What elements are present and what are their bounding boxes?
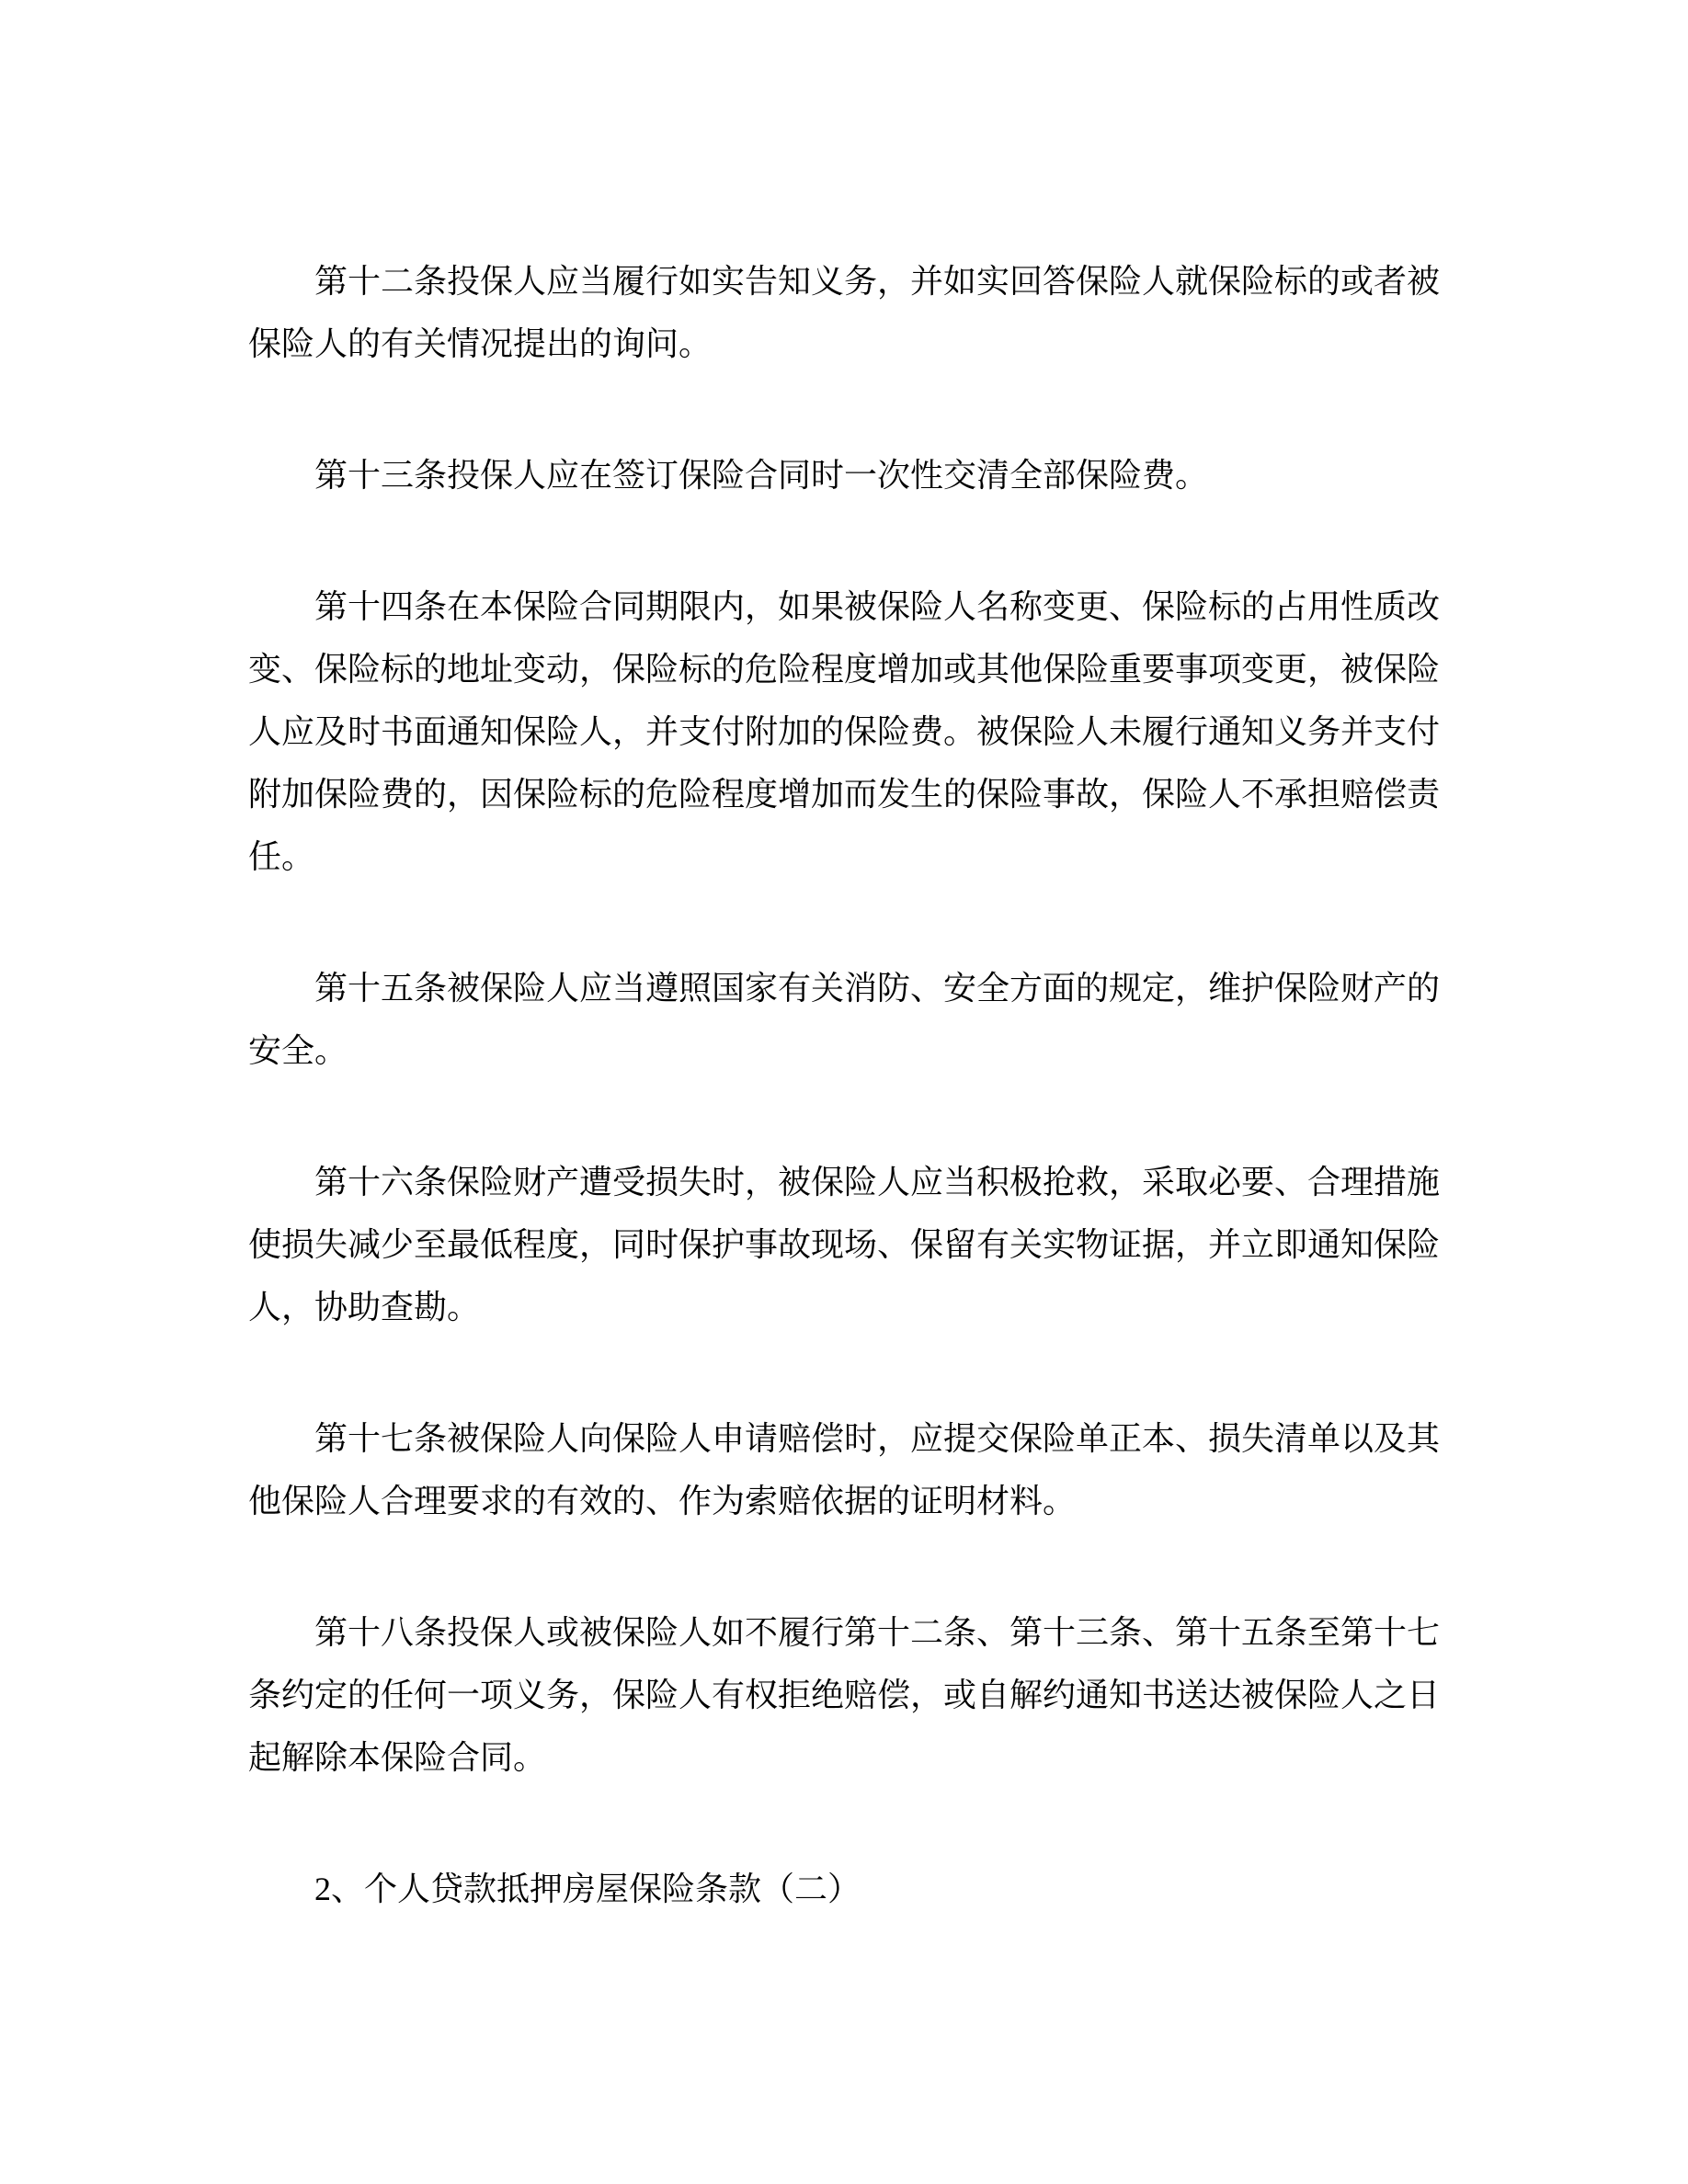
paragraph-clause-17: 第十七条被保险人向保险人申请赔偿时，应提交保险单正本、损失清单以及其他保险人合理… bbox=[248, 1407, 1440, 1532]
document-page: 第十二条投保人应当履行如实告知义务，并如实回答保险人就保险标的或者被保险人的有关… bbox=[0, 0, 1688, 2184]
paragraph-clause-15: 第十五条被保险人应当遵照国家有关消防、安全方面的规定，维护保险财产的安全。 bbox=[248, 957, 1440, 1082]
paragraph-clause-18: 第十八条投保人或被保险人如不履行第十二条、第十三条、第十五条至第十七条约定的任何… bbox=[248, 1601, 1440, 1789]
paragraph-clause-12: 第十二条投保人应当履行如实告知义务，并如实回答保险人就保险标的或者被保险人的有关… bbox=[248, 250, 1440, 375]
paragraph-clause-13: 第十三条投保人应在签订保险合同时一次性交清全部保险费。 bbox=[248, 444, 1440, 506]
paragraph-clause-16: 第十六条保险财产遭受损失时，被保险人应当积极抢救，采取必要、合理措施使损失减少至… bbox=[248, 1151, 1440, 1338]
paragraph-clause-14: 第十四条在本保险合同期限内，如果被保险人名称变更、保险标的占用性质改变、保险标的… bbox=[248, 575, 1440, 888]
paragraph-section-2-title: 2、个人贷款抵押房屋保险条款（二） bbox=[248, 1858, 1440, 1920]
